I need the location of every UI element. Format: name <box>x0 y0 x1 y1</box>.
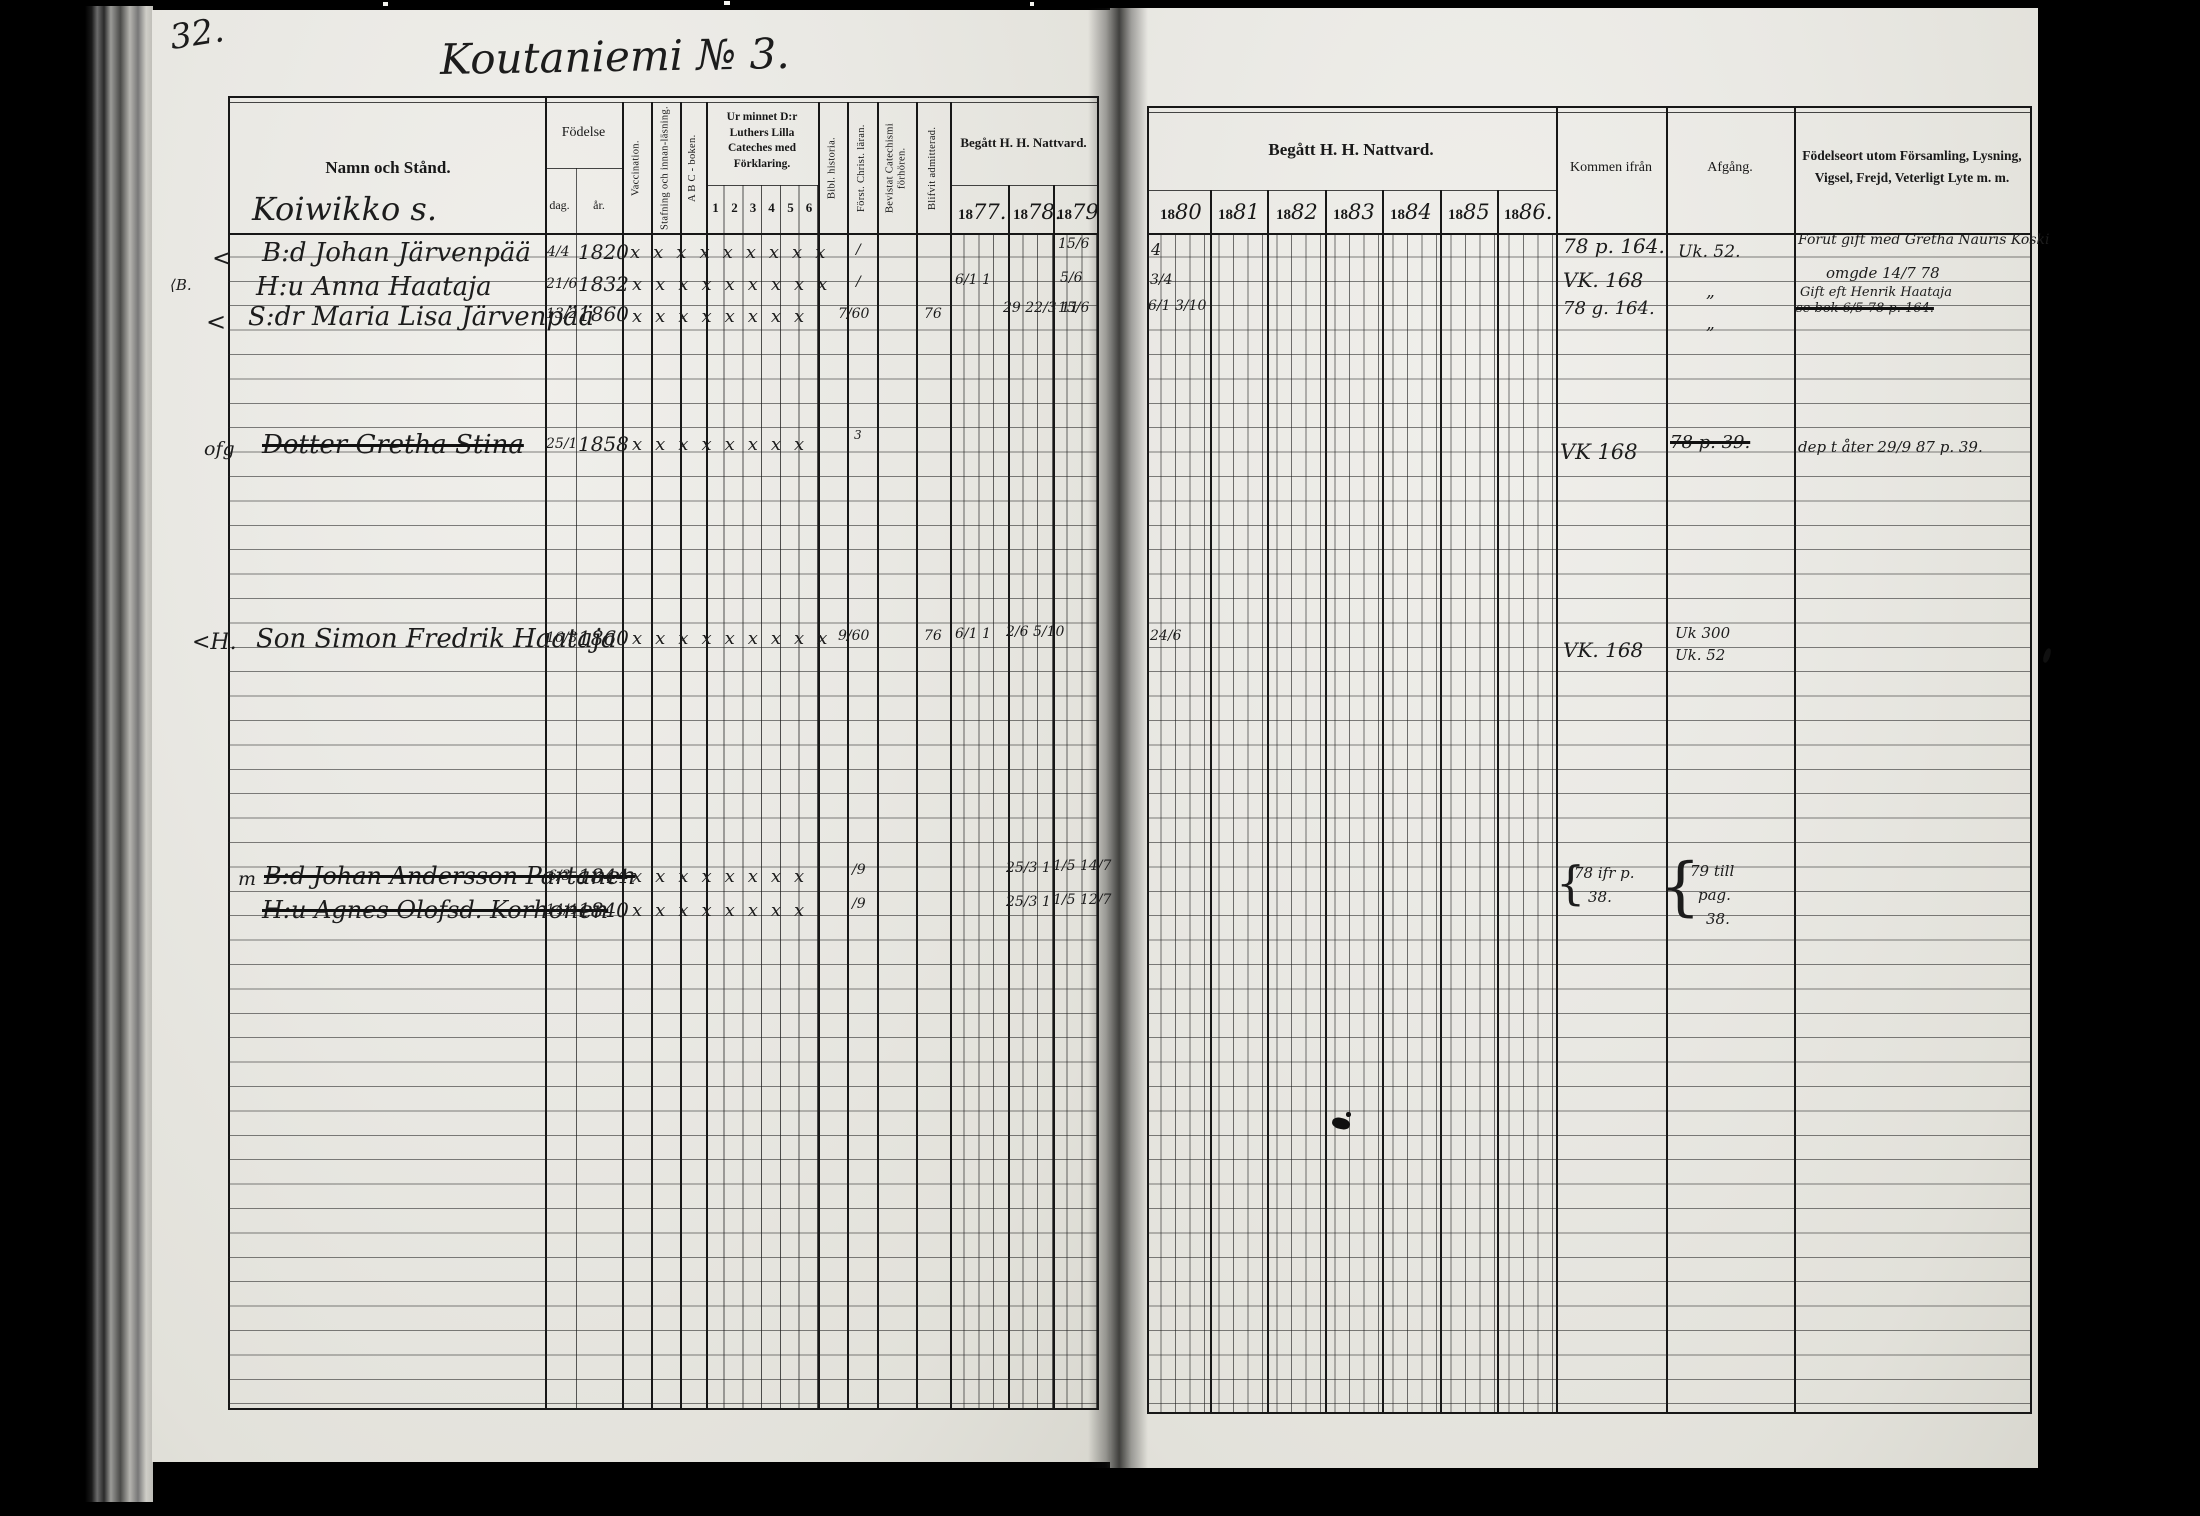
kommen-entry: VK 168 <box>1560 440 1638 464</box>
margin-mark: ofg <box>204 438 235 460</box>
year-printed: 18 <box>1504 207 1519 223</box>
christ-mark: 9/60 <box>838 628 869 644</box>
page-number: 32. <box>167 10 227 58</box>
communion-1879: 15/6 <box>1058 300 1089 316</box>
communion-1878: 25/3 1 <box>1006 860 1051 876</box>
birth-day: 6/3 <box>548 868 571 884</box>
christ-mark: 3 <box>854 428 862 442</box>
page-title: Koutaniemi № 3. <box>440 29 790 84</box>
header-split <box>545 168 622 169</box>
year-printed: 18 <box>1013 207 1028 223</box>
header-split <box>950 185 1097 186</box>
right-years-split <box>1147 190 1556 191</box>
reading-marks: xxxxxxxx <box>632 866 817 887</box>
reading-marks: xxxxxxxxx <box>630 242 838 263</box>
col-header-day: dag. <box>543 198 576 213</box>
birth-year: 1820 <box>578 240 629 264</box>
margin-mark: < <box>206 308 226 336</box>
birth-year: 1844 <box>578 864 629 888</box>
col-header-notes-line2: Vigsel, Frejd, Veterligt Lyte m. m. <box>1798 170 2026 186</box>
birth-year: 1858 <box>578 432 629 456</box>
left-table-border-top <box>228 96 1099 98</box>
col-header-communion-right: Begått H. H. Nattvard. <box>1226 140 1476 160</box>
scan-speck <box>724 1 730 5</box>
communion-1880: 6/1 3/10 <box>1148 298 1206 314</box>
year-written: 85 <box>1463 200 1490 224</box>
right-table-border-top <box>1147 106 2032 108</box>
col-header-catechism-meeting: Bevistat Catechismi förhören. <box>877 106 916 230</box>
kommen-entry: 38. <box>1588 888 1612 906</box>
year-1878: 1878. <box>1013 200 1061 224</box>
year-written: 82 <box>1291 200 1318 224</box>
kommen-entry: 78 p. 164. <box>1563 234 1665 258</box>
scan-speck <box>1030 2 1034 6</box>
afgang-entry: pag. <box>1698 886 1731 904</box>
note-entry: omgde 14/7 78 <box>1826 264 1940 282</box>
communion-1879: 1/5 14/7 <box>1053 858 1111 874</box>
christ-mark: 7/60 <box>838 306 869 322</box>
col-header-abc-book: A B C - boken. <box>680 106 706 230</box>
afgang-entry: 38. <box>1706 910 1730 928</box>
right-table-border-right <box>2030 106 2032 1414</box>
year-written: 77. <box>973 200 1006 224</box>
farm-name: Koiwikko s. <box>252 190 437 228</box>
year-1877: 1877. <box>958 200 1006 224</box>
kommen-entry: 78 g. 164. <box>1563 298 1655 319</box>
christ-mark: /9 <box>852 896 866 912</box>
communion-1880: 24/6 <box>1150 628 1181 644</box>
communion-1877: 6/1 1 <box>955 626 991 642</box>
year-printed: 18 <box>1333 207 1348 223</box>
communion-1877: 6/1 1 <box>955 272 991 288</box>
col-header-christ-doctrine: Först. Christ. läran. <box>847 106 877 230</box>
right-page-ruling <box>1147 233 2030 1412</box>
year-printed: 18 <box>958 207 973 223</box>
year-1879: 1879 <box>1057 200 1099 224</box>
entry-name: S:dr Maria Lisa Järvenpää <box>248 302 594 332</box>
right-table-border-top2 <box>1147 112 2032 113</box>
reading-marks: xxxxxxxx <box>632 306 817 327</box>
year-printed: 18 <box>1160 207 1175 223</box>
birth-day: 25/1 <box>546 436 577 452</box>
afgang-entry: Uk. 52. <box>1678 242 1740 262</box>
afgang-entry: Uk. 52 <box>1675 646 1725 664</box>
scanned-ledger-spread: 32. Koutaniemi № 3. Namn och Stånd. Föde… <box>0 0 2200 1516</box>
col-header-notes-line1: Födelseort utom Församling, Lysning, <box>1798 148 2026 164</box>
reading-marks: xxxxxxxx <box>632 434 817 455</box>
ink-blot <box>1346 1112 1351 1117</box>
left-table-border-bottom <box>228 1408 1099 1410</box>
col-header-kommen: Kommen ifrån <box>1556 160 1666 176</box>
year-written: 86. <box>1519 200 1552 224</box>
birth-day: 21/6 <box>546 276 577 292</box>
year-1880: 1880 <box>1160 200 1202 224</box>
right-table-border-bottom <box>1147 1412 2032 1414</box>
margin-mark: m <box>238 868 256 890</box>
year-1885: 1885 <box>1448 200 1490 224</box>
margin-mark: < <box>212 244 232 272</box>
birth-day: 14/4 <box>546 902 577 918</box>
col-header-afgang: Afgång. <box>1666 160 1794 176</box>
left-table-border-top2 <box>228 102 1099 103</box>
kommen-entry: 78 ifr p. <box>1574 864 1635 882</box>
afgang-entry: 78 p. 39. <box>1670 432 1750 453</box>
christ-mark: /9 <box>852 862 866 878</box>
catechism-col-2: 2 <box>725 200 744 216</box>
year-printed: 18 <box>1448 207 1463 223</box>
afgang-entry: „ <box>1706 282 1715 302</box>
communion-1878: 2/6 5/10 <box>1006 624 1064 640</box>
birth-year: 1832 <box>578 272 629 296</box>
birth-day: 4/4 <box>547 244 570 260</box>
col-header-year: år. <box>576 198 622 213</box>
christ-mark: / <box>856 242 861 258</box>
communion-1880: 3/4 <box>1150 272 1173 288</box>
birth-day: 16/3 <box>546 630 577 646</box>
communion-1878: 25/3 1 <box>1006 894 1051 910</box>
birth-day: 13/2 <box>546 306 577 322</box>
birth-year: 1860 <box>578 626 629 650</box>
year-1883: 1883 <box>1333 200 1375 224</box>
reading-marks: xxxxxxxxx <box>632 628 840 649</box>
catechism-col-6: 6 <box>800 200 818 216</box>
reading-marks: xxxxxxxx <box>632 900 817 921</box>
year-written: 83 <box>1348 200 1375 224</box>
note-entry: Gift eft Henrik Haataja <box>1800 285 1952 300</box>
entry-name: H:u Anna Haataja <box>256 272 492 302</box>
communion-1879: 1/5 12/7 <box>1053 892 1111 908</box>
year-1881: 1881 <box>1218 200 1260 224</box>
afgang-entry: „ <box>1706 314 1715 334</box>
col-header-spelling: Stafning och innan-läsning. <box>651 106 680 230</box>
year-printed: 18 <box>1276 207 1291 223</box>
note-entry: Förut gift med Gretha Nauris Koski <box>1798 232 2050 248</box>
col-header-vaccination: Vaccination. <box>622 106 651 230</box>
afgang-entry: Uk 300 <box>1675 624 1730 642</box>
entry-name: B:d Johan Järvenpää <box>262 238 531 268</box>
year-1882: 1882 <box>1276 200 1318 224</box>
catechism-col-4: 4 <box>762 200 781 216</box>
year-written: 84 <box>1405 200 1432 224</box>
catechism-col-3: 3 <box>744 200 762 216</box>
communion-1880: 4 <box>1151 240 1161 259</box>
year-written: 80 <box>1175 200 1202 224</box>
afgang-entry: 79 till <box>1690 862 1734 880</box>
col-header-name: Namn och Stånd. <box>258 158 518 178</box>
kommen-entry: VK. 168 <box>1563 268 1643 292</box>
communion-1879: 5/6 <box>1060 270 1083 286</box>
margin-mark: ⟨B. <box>170 276 192 294</box>
margin-mark: <H. <box>192 630 237 655</box>
year-printed: 18 <box>1390 207 1405 223</box>
admitted-year: 76 <box>924 628 942 644</box>
kommen-entry: VK. 168 <box>1563 638 1643 662</box>
left-table-border-right <box>1097 96 1099 1410</box>
note-entry: se bok 6/5 78 p. 164. <box>1796 301 1934 316</box>
communion-1879: 15/6 <box>1058 236 1089 252</box>
year-printed: 18 <box>1057 207 1072 223</box>
note-entry: dep t åter 29/9 87 p. 39. <box>1798 438 1983 456</box>
christ-mark: / <box>856 274 861 290</box>
edge-mark <box>2042 647 2052 663</box>
col-header-admitted: Blifvit admitterad. <box>916 106 950 230</box>
book-binding-edge <box>85 6 153 1502</box>
reading-marks: xxxxxxxxx <box>632 274 840 295</box>
year-written: 81 <box>1233 200 1260 224</box>
catechism-col-1: 1 <box>706 200 725 216</box>
col-header-communion-left: Begått H. H. Nattvard. <box>946 135 1101 151</box>
catechism-col-5: 5 <box>781 200 800 216</box>
col-header-catechism-group: Ur minnet D:r Luthers Lilla Cateches med… <box>708 110 816 172</box>
birth-year: 1840 <box>578 898 629 922</box>
admitted-year: 76 <box>924 306 942 322</box>
left-page-ruling <box>228 233 1097 1408</box>
birth-year: 1860 <box>578 302 629 326</box>
year-written: 79 <box>1072 200 1099 224</box>
year-printed: 18 <box>1218 207 1233 223</box>
col-header-birth: Födelse <box>545 125 622 141</box>
year-1886: 1886. <box>1504 200 1552 224</box>
scan-speck <box>383 2 388 6</box>
col-header-bibl-history: Bibl. historia. <box>818 106 847 230</box>
year-1884: 1884 <box>1390 200 1432 224</box>
entry-name: Dotter Gretha Stina <box>262 430 524 460</box>
